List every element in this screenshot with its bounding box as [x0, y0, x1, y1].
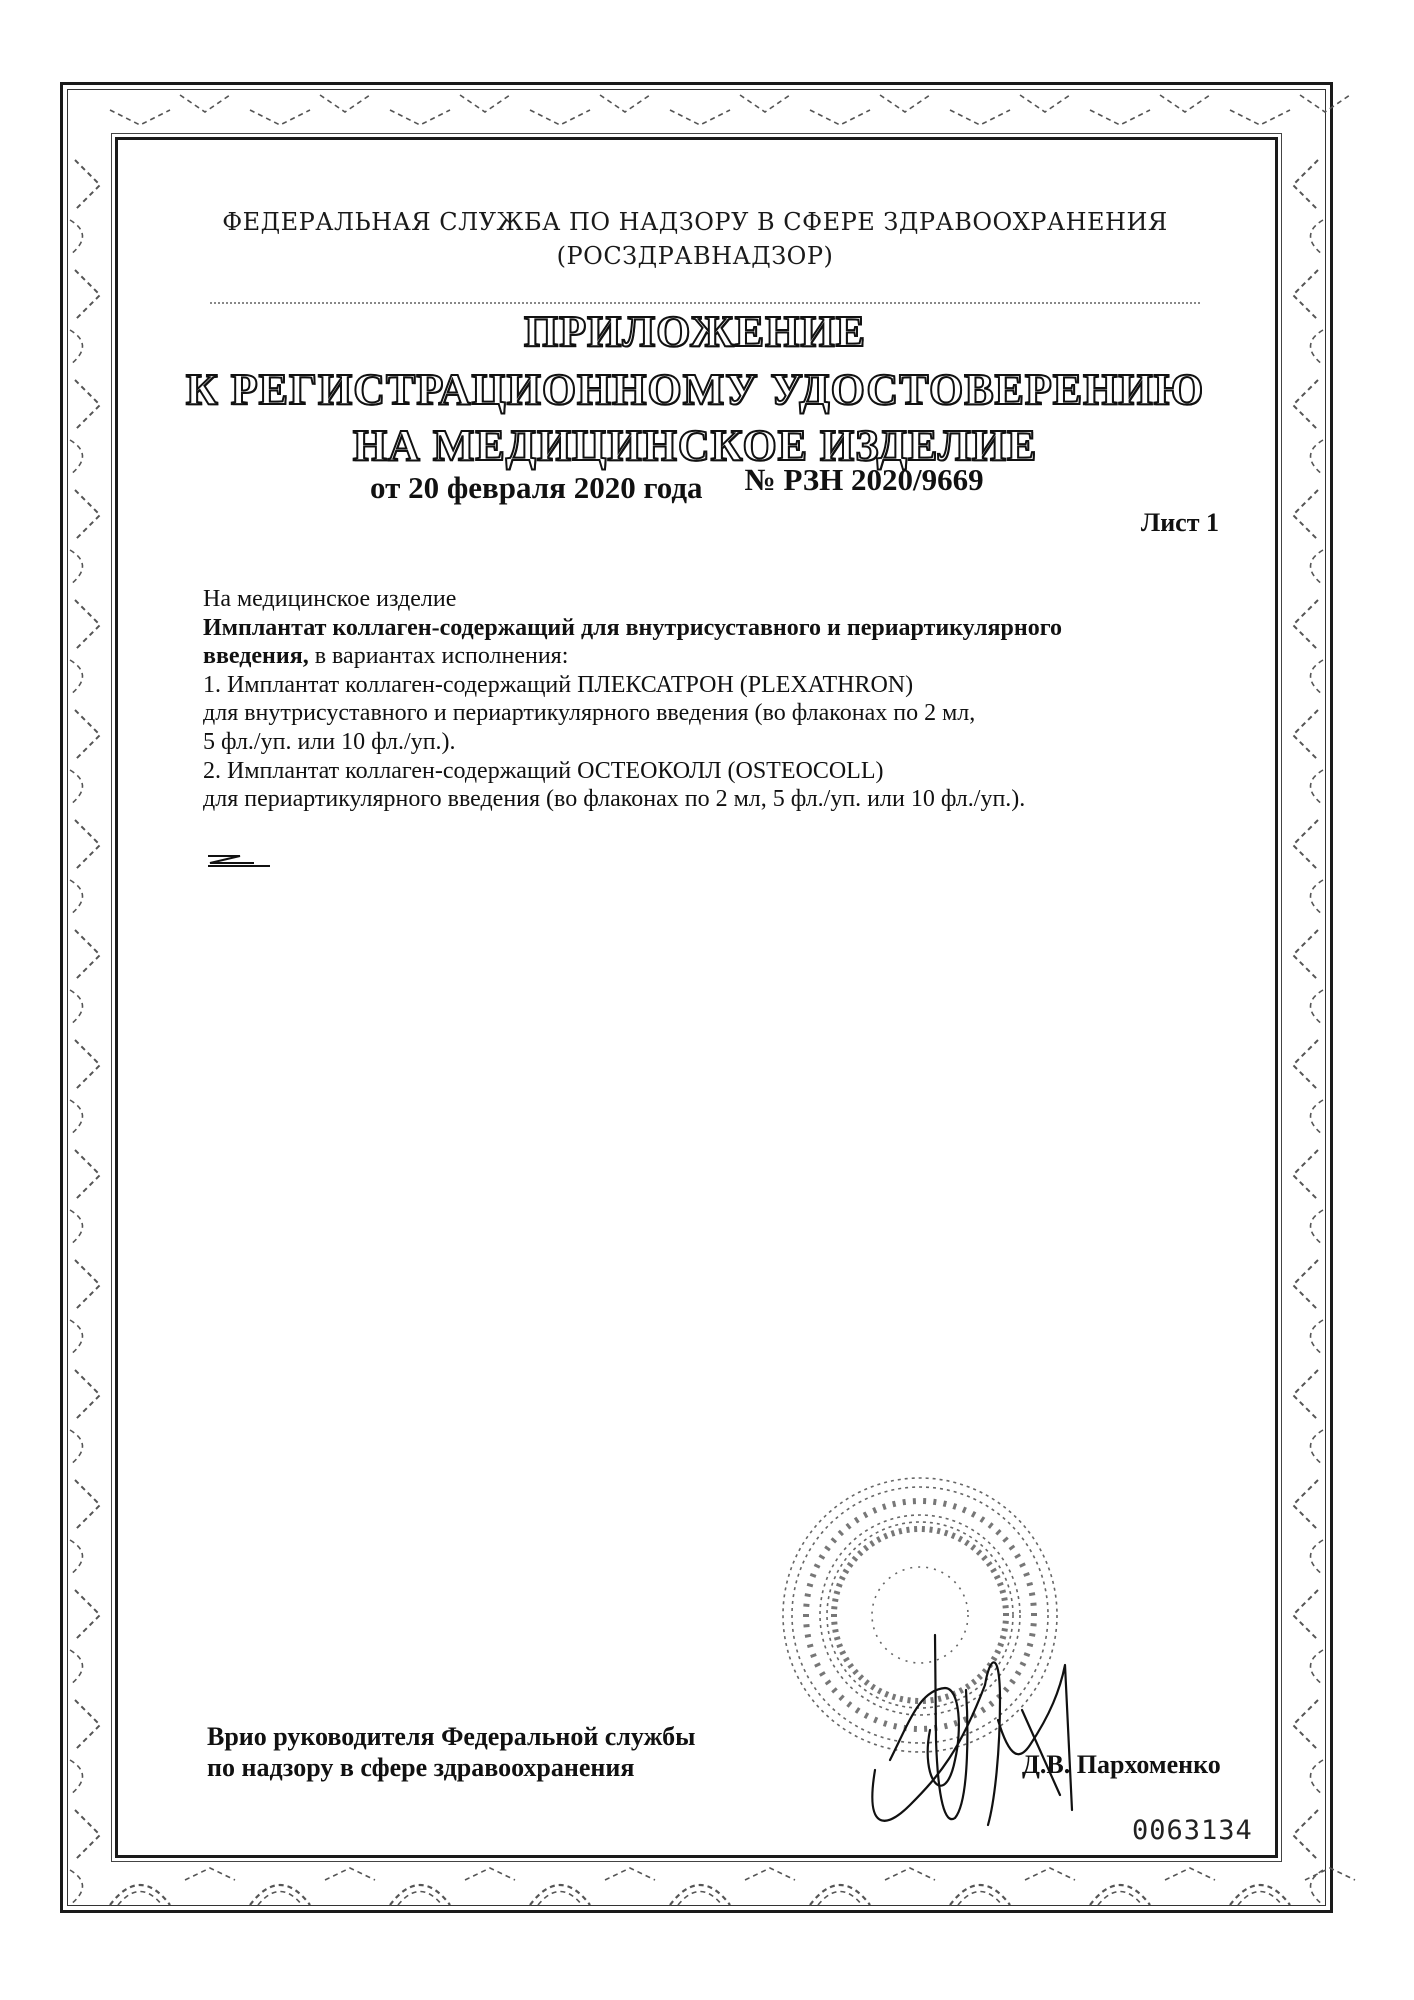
- form-serial-number: 0063134: [1132, 1815, 1253, 1846]
- device-name: Имплантат коллаген-содержащий для внутри…: [203, 615, 1062, 641]
- document-title-line-3: НА МЕДИЦИНСКОЕ ИЗДЕЛИЕ: [140, 420, 1250, 471]
- intro-line: На медицинское изделие: [203, 585, 1233, 614]
- document-title-line-1: ПРИЛОЖЕНИЕ: [140, 306, 1250, 357]
- variant-1-title: 1. Имплантат коллаген-содержащий ПЛЕКСАТ…: [203, 671, 1233, 700]
- header-divider: [210, 302, 1200, 304]
- device-name-cont: введения,: [203, 643, 309, 669]
- certificate-date-number: от 20 февраля 2020 года№ РЗН 2020/9669: [370, 470, 984, 506]
- document-title-line-2: К РЕГИСТРАЦИОННОМУ УДОСТОВЕРЕНИЮ: [140, 364, 1250, 415]
- variant-1-packaging: 5 фл./уп. или 10 фл./уп.).: [203, 728, 1233, 757]
- device-description: На медицинское изделие Имплантат коллаге…: [203, 585, 1233, 814]
- signer-position: Врио руководителя Федеральной службы по …: [207, 1721, 695, 1783]
- variant-2-title: 2. Имплантат коллаген-содержащий ОСТЕОКО…: [203, 757, 1233, 786]
- signer-position-line-1: Врио руководителя Федеральной службы: [207, 1721, 695, 1752]
- certificate-number: № РЗН 2020/9669: [745, 462, 984, 497]
- agency-header: ФЕДЕРАЛЬНАЯ СЛУЖБА ПО НАДЗОРУ В СФЕРЕ ЗД…: [140, 205, 1250, 273]
- agency-name: ФЕДЕРАЛЬНАЯ СЛУЖБА ПО НАДЗОРУ В СФЕРЕ ЗД…: [140, 205, 1250, 239]
- agency-abbreviation: (РОСЗДРАВНАДЗОР): [140, 239, 1250, 273]
- signer-position-line-2: по надзору в сфере здравоохранения: [207, 1752, 695, 1783]
- variant-1-detail: для внутрисуставного и периартикулярного…: [203, 699, 1233, 728]
- sheet-number: Лист 1: [1141, 508, 1219, 538]
- variants-intro: в вариантах исполнения:: [309, 643, 569, 669]
- certificate-date: от 20 февраля 2020 года: [370, 470, 703, 505]
- signer-name: Д.В. Пархоменко: [1022, 1750, 1221, 1780]
- z-line-end-mark-icon: [204, 853, 274, 869]
- variant-2-detail: для периартикулярного введения (во флако…: [203, 785, 1233, 814]
